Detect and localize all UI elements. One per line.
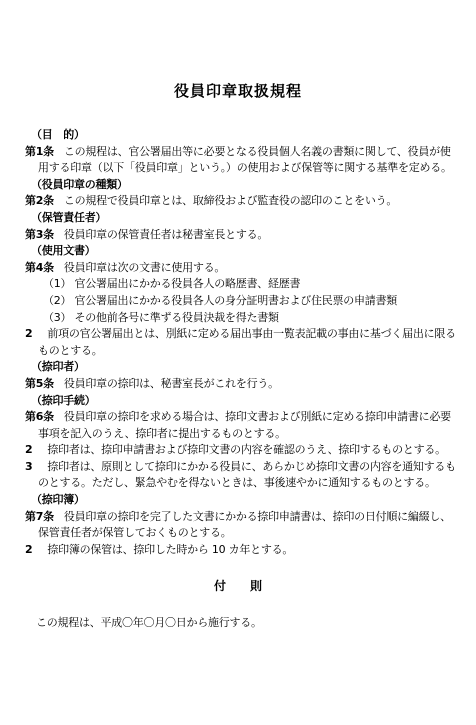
- article-number: 2: [25, 543, 32, 556]
- doc-line-item: （1） 官公署届出にかかる役員各人の略歴書、経歴書: [0, 276, 476, 293]
- document-lines: （目 的）第1条この規程は、官公署届出等に必要となる役員個人名義の書類に関して、…: [0, 127, 476, 558]
- supplement-heading: 付 則: [0, 578, 476, 595]
- article-number: 第7条: [25, 510, 54, 523]
- article-number: 2: [25, 443, 32, 456]
- article-number: 第5条: [25, 377, 54, 390]
- article-text: 役員印章の捺印を完了した文書にかかる捺印申請書は、捺印の日付順に編綴し、: [64, 510, 451, 523]
- doc-line-article: 2前項の官公署届出とは、別紙に定める届出事由一覧表記載の事由に基づく届出に限る: [0, 326, 476, 343]
- article-text: この規程は、官公署届出等に必要となる役員個人名義の書類に関して、役員が使: [64, 145, 451, 158]
- article-text: 役員印章の捺印は、秘書室長がこれを行う。: [64, 377, 279, 390]
- article-text: 役員印章は次の文書に使用する。: [64, 261, 225, 274]
- doc-line-item: （3） その他前各号に準ずる役員決裁を得た書類: [0, 310, 476, 327]
- article-number: 第4条: [25, 261, 54, 274]
- doc-line-heading: （捺印手続）: [0, 393, 476, 410]
- doc-line-article: 第3条役員印章の保管責任者は秘書室長とする。: [0, 227, 476, 244]
- doc-line-cont: ものとする。: [0, 343, 476, 360]
- doc-line-cont: 保管責任者が保管しておくものとする。: [0, 525, 476, 542]
- doc-line-item: （2） 官公署届出にかかる役員各人の身分証明書および住民票の申請書類: [0, 293, 476, 310]
- doc-line-article: 第1条この規程は、官公署届出等に必要となる役員個人名義の書類に関して、役員が使: [0, 144, 476, 161]
- doc-line-heading: （役員印章の種類）: [0, 177, 476, 194]
- article-number: 第3条: [25, 228, 54, 241]
- article-number: 第1条: [25, 145, 54, 158]
- doc-line-cont: 事項を記入のうえ、捺印者に提出するものとする。: [0, 426, 476, 443]
- article-text: 前項の官公署届出とは、別紙に定める届出事由一覧表記載の事由に基づく届出に限る: [47, 327, 456, 340]
- article-number: 3: [25, 460, 32, 473]
- doc-line-article: 2捺印簿の保管は、捺印した時から 10 カ年とする。: [0, 542, 476, 559]
- document-page: 役員印章取扱規程 （目 的）第1条この規程は、官公署届出等に必要となる役員個人名…: [0, 0, 476, 725]
- doc-line-article: 第2条この規程で役員印章とは、取締役および監査役の認印のことをいう。: [0, 193, 476, 210]
- document-body: （目 的）第1条この規程は、官公署届出等に必要となる役員個人名義の書類に関して、…: [0, 127, 476, 632]
- doc-line-heading: （使用文書）: [0, 243, 476, 260]
- article-text: 捺印簿の保管は、捺印した時から 10 カ年とする。: [47, 543, 293, 556]
- doc-line-article: 第4条役員印章は次の文書に使用する。: [0, 260, 476, 277]
- doc-line-article: 第5条役員印章の捺印は、秘書室長がこれを行う。: [0, 376, 476, 393]
- doc-line-cont: 用する印章（以下「役員印章」という。）の使用および保管等に関する基準を定める。: [0, 160, 476, 177]
- article-number: 第6条: [25, 410, 54, 423]
- doc-line-article: 2捺印者は、捺印申請書および捺印文書の内容を確認のうえ、捺印するものとする。: [0, 442, 476, 459]
- doc-line-heading: （目 的）: [0, 127, 476, 144]
- closing-line: この規程は、平成〇年〇月〇日から施行する。: [0, 615, 476, 632]
- article-text: 捺印者は、捺印申請書および捺印文書の内容を確認のうえ、捺印するものとする。: [47, 443, 445, 456]
- article-text: この規程で役員印章とは、取締役および監査役の認印のことをいう。: [64, 194, 397, 207]
- doc-line-article: 第6条役員印章の捺印を求める場合は、捺印文書および別紙に定める捺印申請書に必要: [0, 409, 476, 426]
- doc-line-article: 3捺印者は、原則として捺印にかかる役員に、あらかじめ捺印文書の内容を通知するも: [0, 459, 476, 476]
- document-title: 役員印章取扱規程: [0, 80, 476, 101]
- article-text: 役員印章の捺印を求める場合は、捺印文書および別紙に定める捺印申請書に必要: [64, 410, 451, 423]
- doc-line-article: 第7条役員印章の捺印を完了した文書にかかる捺印申請書は、捺印の日付順に編綴し、: [0, 509, 476, 526]
- article-number: 第2条: [25, 194, 54, 207]
- doc-line-cont: のとする。ただし、緊急やむを得ないときは、事後速やかに通知するものとする。: [0, 475, 476, 492]
- article-text: 役員印章の保管責任者は秘書室長とする。: [64, 228, 268, 241]
- article-text: 捺印者は、原則として捺印にかかる役員に、あらかじめ捺印文書の内容を通知するも: [47, 460, 456, 473]
- doc-line-heading: （捺印簿）: [0, 492, 476, 509]
- article-number: 2: [25, 327, 32, 340]
- doc-line-heading: （捺印者）: [0, 359, 476, 376]
- doc-line-heading: （保管責任者）: [0, 210, 476, 227]
